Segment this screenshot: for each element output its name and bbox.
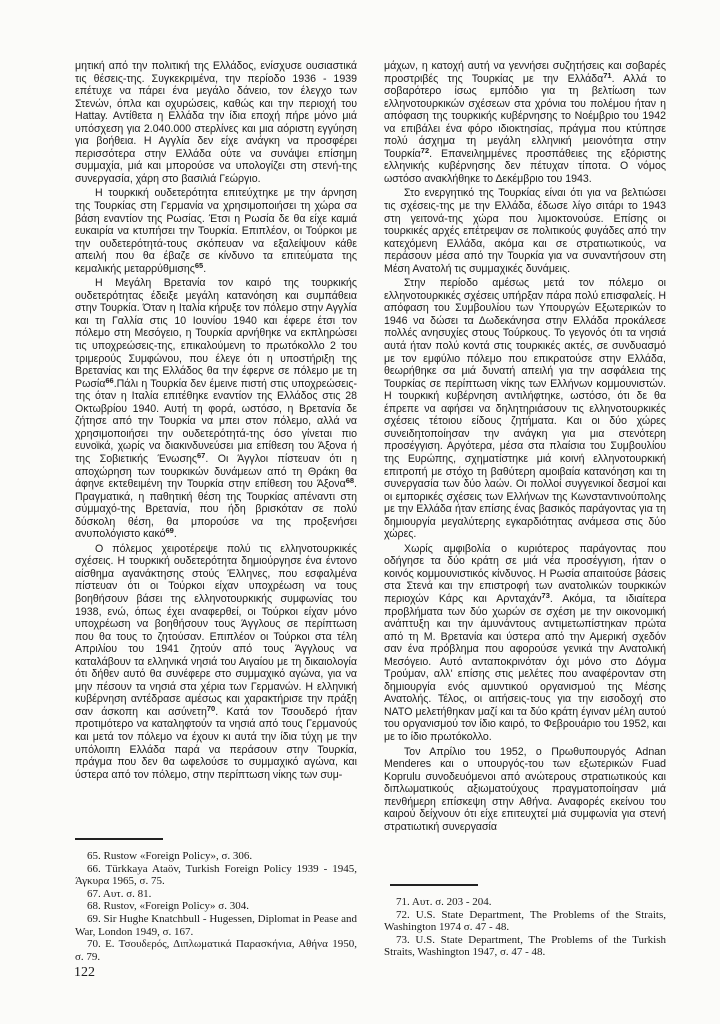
left-text-column: μητική από την πολιτική της Ελλάδος, ενί…	[75, 60, 357, 781]
paragraph-text: Στην περίοδο αμέσως μετά τον πόλεμο οι ε…	[384, 277, 666, 540]
paragraph-text: Η τουρκική ουδετερότητα επιτεύχτηκε με τ…	[75, 187, 357, 274]
paragraph: Ο πόλεμος χειροτέρεψε πολύ τις ελληνοτου…	[75, 543, 357, 781]
paragraph: Η τουρκική ουδετερότητα επιτεύχτηκε με τ…	[75, 187, 357, 275]
footnote: 73. U.S. State Department, The Problems …	[384, 934, 666, 959]
footnote-ref: 69	[166, 526, 174, 535]
paragraph-text: . Ακόμα, τα ιδιαίτερα προβλήματα των δύο…	[384, 593, 666, 743]
footnote: 68. Rustov, «Foreign Policy» σ. 304.	[75, 900, 357, 913]
footnote: 65. Rustow «Foreign Policy», σ. 306.	[75, 850, 357, 863]
paragraph: Στο ενεργητικό της Τουρκίας είναι ότι γι…	[384, 187, 666, 275]
footnote: 66. Türkkaya Ataöv, Turkish Foreign Poli…	[75, 863, 357, 888]
footnote-ref: 68	[346, 476, 354, 485]
paragraph: Τον Απρίλιο του 1952, ο Πρωθυπουργός Adn…	[384, 746, 666, 834]
footnote-divider	[390, 884, 478, 886]
paragraph: Χωρίς αμφιβολία ο κυριότερος παράγοντας …	[384, 543, 666, 744]
footnote-ref: 71	[603, 71, 611, 80]
paragraph-text: .	[203, 263, 206, 275]
footnote-ref: 70	[207, 704, 215, 713]
footnote-ref: 72	[421, 146, 429, 155]
footnote: 69. Sir Hughe Knatchbull - Hugessen, Dip…	[75, 913, 357, 938]
right-text-column: μάχων, η κατοχή αυτή να γεννήσει συζητήσ…	[384, 60, 666, 833]
paragraph-text: .Πάλι η Τουρκία δεν έμεινε πιστή στις υπ…	[75, 378, 357, 465]
footnote: 70. Ε. Τσουδερός, Διπλωματικά Παρασκήνια…	[75, 938, 357, 963]
paragraph: Στην περίοδο αμέσως μετά τον πόλεμο οι ε…	[384, 277, 666, 540]
paragraph-text: μητική από την πολιτική της Ελλάδος, ενί…	[75, 60, 357, 185]
right-footnotes: 71. Αυτ. σ. 203 - 204. 72. U.S. State De…	[384, 896, 666, 959]
footnote-ref: 65	[195, 261, 203, 270]
footnote: 72. U.S. State Department, The Problems …	[384, 909, 666, 934]
paragraph-text: Ο πόλεμος χειροτέρεψε πολύ τις ελληνοτου…	[75, 543, 357, 718]
paragraph-text: .	[174, 528, 177, 540]
paragraph: μητική από την πολιτική της Ελλάδος, ενί…	[75, 60, 357, 185]
left-footnotes: 65. Rustow «Foreign Policy», σ. 306. 66.…	[75, 850, 357, 963]
paragraph: μάχων, η κατοχή αυτή να γεννήσει συζητήσ…	[384, 60, 666, 185]
page-number: 122	[74, 965, 95, 981]
paragraph: Η Μεγάλη Βρετανία τον καιρό της τουρκική…	[75, 277, 357, 540]
paragraph-text: Στο ενεργητικό της Τουρκίας είναι ότι γι…	[384, 187, 666, 274]
footnote: 71. Αυτ. σ. 203 - 204.	[384, 896, 666, 909]
footnote-ref: 66	[105, 376, 113, 385]
footnote: 67. Αυτ. σ. 81.	[75, 888, 357, 901]
paragraph-text: Η Μεγάλη Βρετανία τον καιρό της τουρκική…	[75, 277, 357, 389]
footnote-ref: 73	[542, 591, 550, 600]
paragraph-text: Τον Απρίλιο του 1952, ο Πρωθυπουργός Adn…	[384, 746, 666, 833]
footnote-divider	[75, 838, 163, 840]
